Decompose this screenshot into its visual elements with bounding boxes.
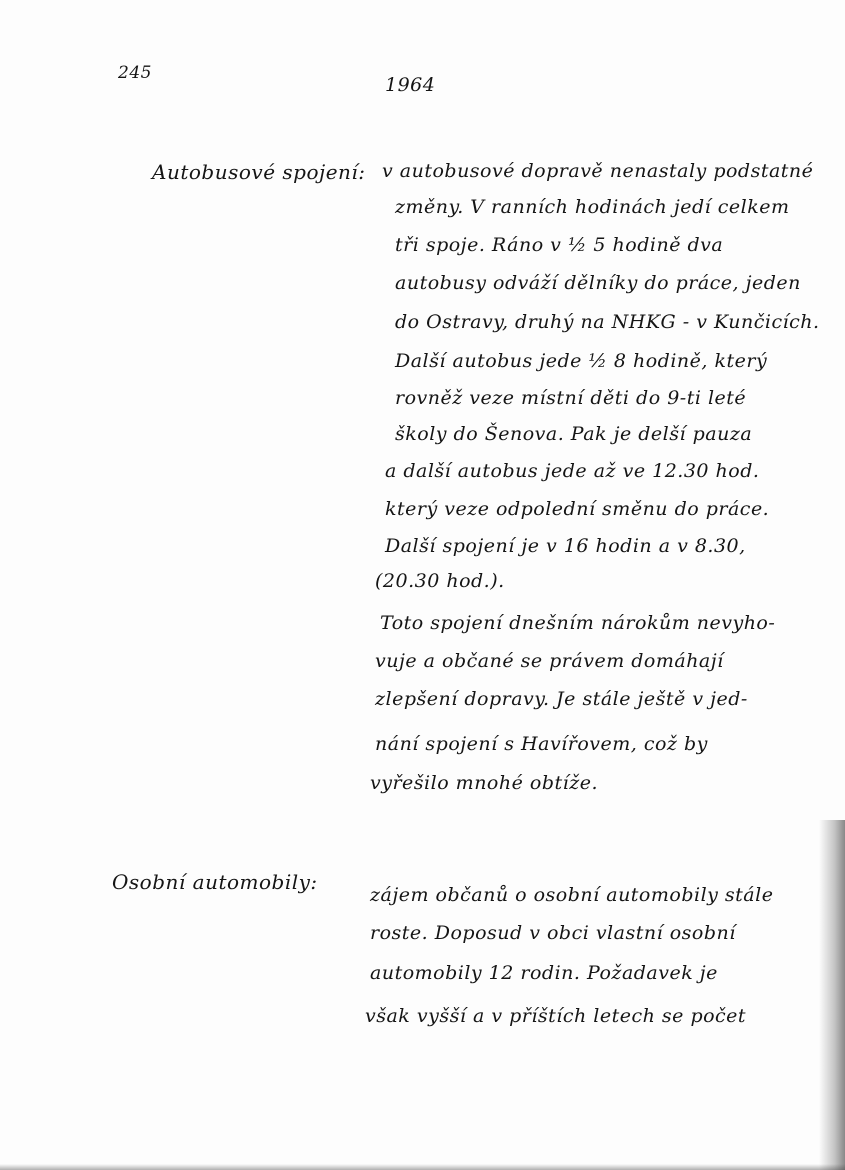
- text-line: v autobusové dopravě nenastaly podstatné: [382, 160, 813, 182]
- text-line: který veze odpolední směnu do práce.: [385, 498, 769, 520]
- text-line: zájem občanů o osobní automobily stále: [370, 884, 773, 906]
- text-line: změny. V ranních hodinách jedí celkem: [395, 196, 789, 218]
- text-line: tři spoje. Ráno v ½ 5 hodině dva: [395, 234, 723, 256]
- text-line: roste. Doposud v obci vlastní osobní: [370, 922, 736, 944]
- text-line: vuje a občané se právem domáhají: [375, 650, 724, 672]
- text-line: školy do Šenova. Pak je delší pauza: [395, 423, 752, 445]
- year-heading: 1964: [385, 74, 435, 96]
- text-line: do Ostravy, druhý na NHKG - v Kunčicích.: [395, 311, 820, 333]
- section-label-passenger-cars: Osobní automobily:: [112, 870, 318, 894]
- text-line: rovněž veze místní děti do 9-ti leté: [395, 387, 746, 409]
- page-number: 245: [118, 63, 152, 83]
- text-line: Další autobus jede ½ 8 hodině, který: [395, 350, 767, 372]
- scan-edge-shadow: [819, 820, 845, 1170]
- text-line: nání spojení s Havířovem, což by: [375, 733, 708, 755]
- text-line: však vyšší a v příštích letech se počet: [365, 1005, 746, 1027]
- scanned-page: 245 1964 Autobusové spojení: v autobusov…: [0, 0, 845, 1170]
- text-line: a další autobus jede až ve 12.30 hod.: [385, 460, 759, 482]
- text-line: (20.30 hod.).: [375, 570, 505, 592]
- section-label-bus-connection: Autobusové spojení:: [152, 160, 366, 184]
- text-line: autobusy odváží dělníky do práce, jeden: [395, 272, 801, 294]
- text-line: Toto spojení dnešním nárokům nevyho-: [380, 612, 775, 634]
- text-line: automobily 12 rodin. Požadavek je: [370, 962, 718, 984]
- text-line: Další spojení je v 16 hodin a v 8.30,: [385, 535, 746, 557]
- text-line: zlepšení dopravy. Je stále ještě v jed-: [375, 688, 748, 710]
- scan-bottom-shadow: [0, 1164, 845, 1170]
- text-line: vyřešilo mnohé obtíže.: [370, 772, 598, 794]
